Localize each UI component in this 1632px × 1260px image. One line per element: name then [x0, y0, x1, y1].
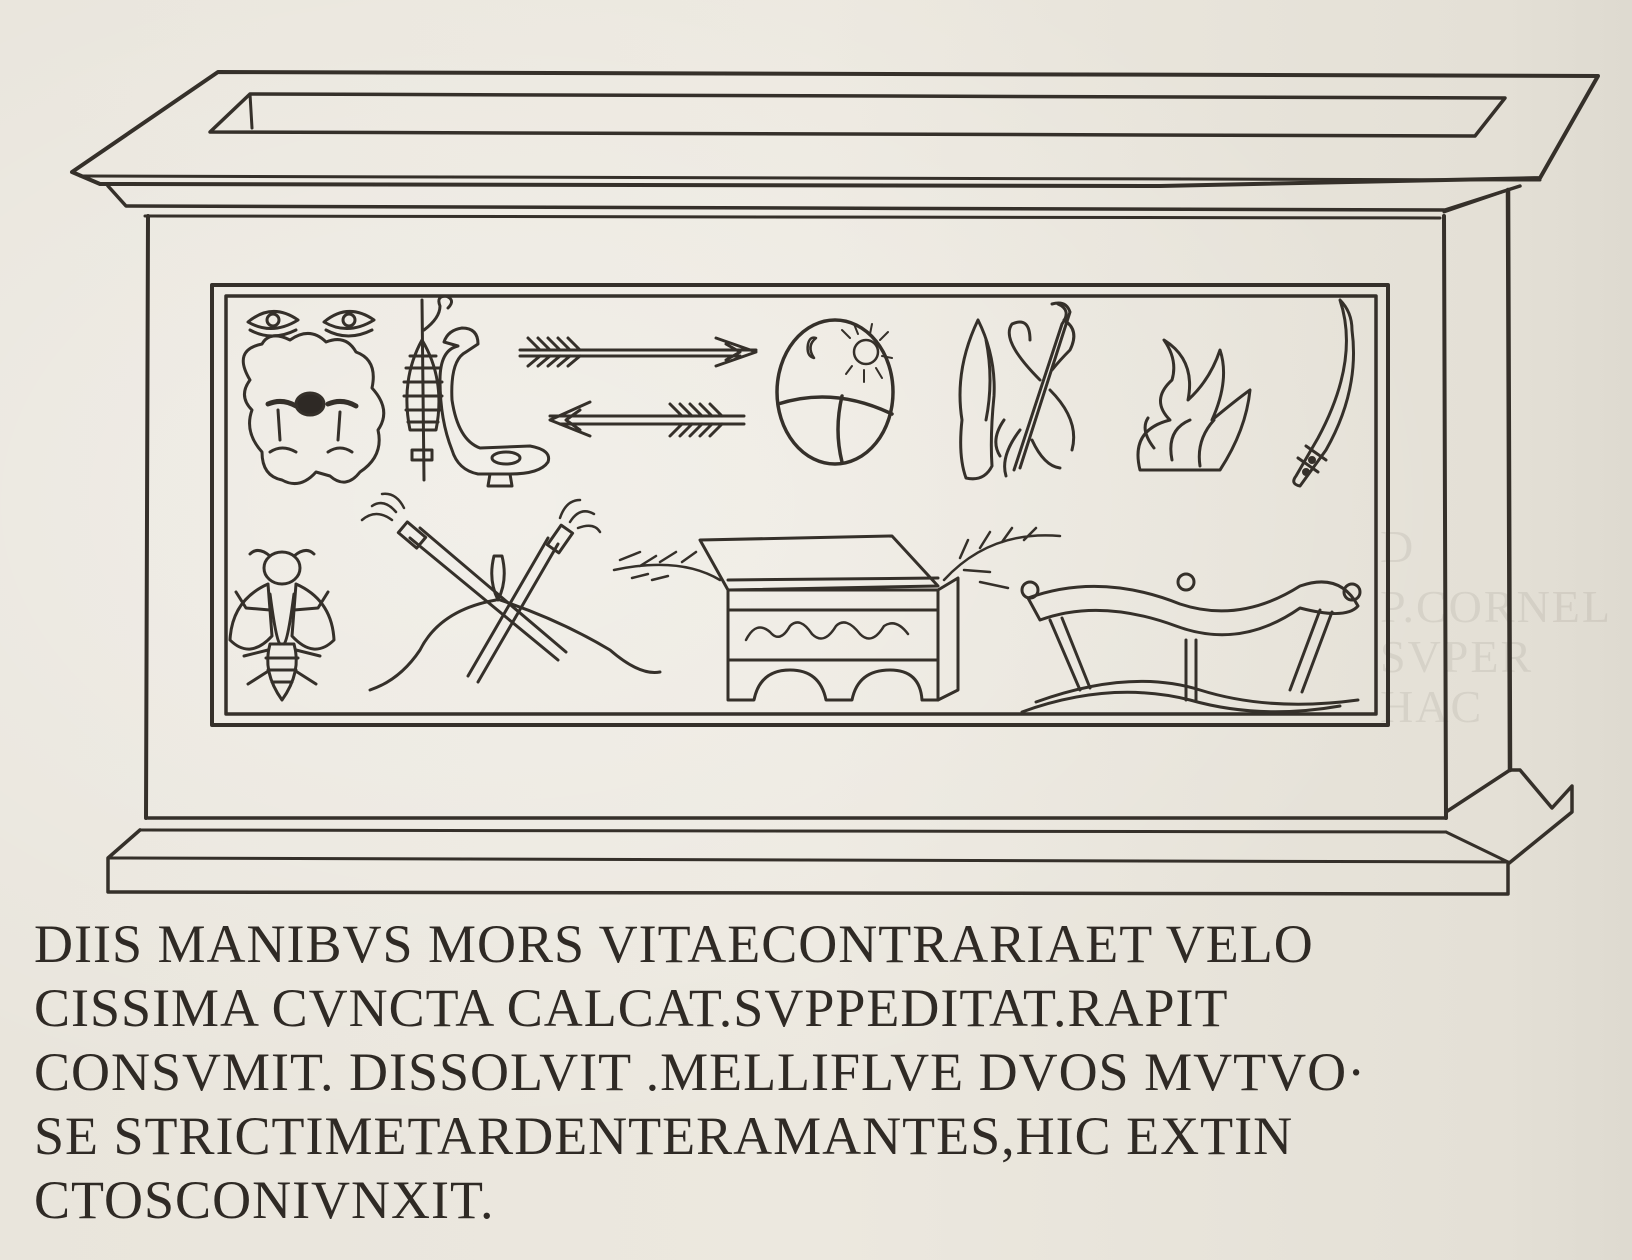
sarcophagus-woodcut	[0, 0, 1632, 900]
swan-lamp-icon	[440, 328, 549, 486]
yoke-icon	[1022, 574, 1360, 712]
flame-icon	[1138, 340, 1250, 470]
knife-icon	[1294, 300, 1354, 486]
inscription: DIIS MANIBVS MORS VITAECONTRARIAET VELO …	[34, 912, 1614, 1232]
inscription-line-1: DIIS MANIBVS MORS VITAECONTRARIAET VELO	[34, 912, 1614, 976]
inscription-line-2: CISSIMA CVNCTA CALCAT.SVPPEDITAT.RAPIT	[34, 976, 1614, 1040]
spindle-icon	[404, 296, 452, 480]
sarcophagus-lid	[72, 72, 1598, 218]
globe-icon	[777, 320, 893, 464]
anchor-octopus-icon	[996, 303, 1074, 476]
mask-icon	[243, 333, 384, 483]
inscription-line-5: CTOSCONIVNXIT.	[34, 1168, 1614, 1232]
inscription-line-3: CONSVMIT. DISSOLVIT .MELLIFLVE DVOS MVTV…	[34, 1040, 1614, 1104]
sarcophagus-base	[108, 770, 1572, 894]
sarcophagus-body	[146, 190, 1510, 818]
bee-icon	[230, 550, 334, 700]
sole-icon	[960, 320, 994, 479]
arrows-icon	[520, 338, 756, 436]
inscription-line-4: SE STRICTIMETARDENTERAMANTES,HIC EXTIN	[34, 1104, 1614, 1168]
cista-icon	[614, 528, 1060, 700]
torches-icon	[362, 494, 660, 690]
